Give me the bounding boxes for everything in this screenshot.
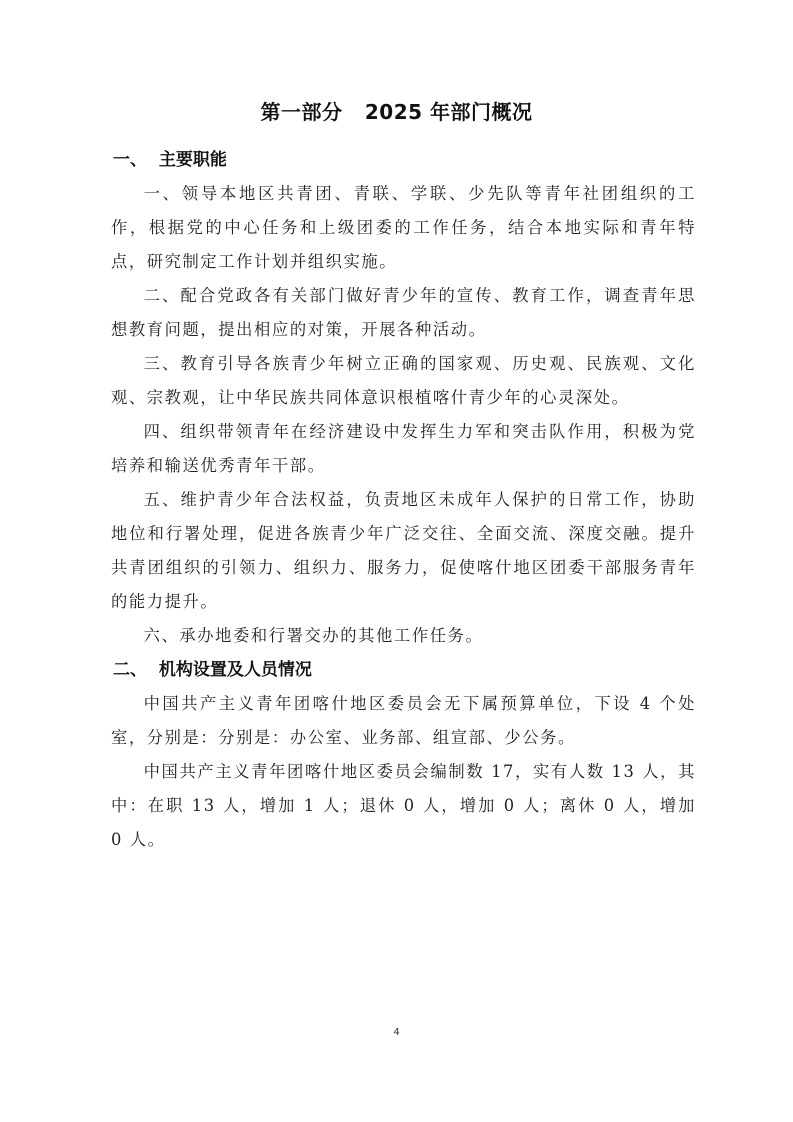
section-heading: 一、 主要职能 [111, 143, 696, 177]
document-page: 第一部分 2025 年部门概况 一、 主要职能 一、领导本地区共青团、青联、学联… [0, 0, 793, 1122]
paragraph: 六、承办地委和行署交办的其他工作任务。 [111, 619, 696, 653]
paragraph: 一、领导本地区共青团、青联、学联、少先队等青年社团组织的工作，根据党的中心任务和… [111, 177, 696, 279]
page-title: 第一部分 2025 年部门概况 [0, 96, 793, 125]
paragraph: 三、教育引导各族青少年树立正确的国家观、历史观、民族观、文化观、宗教观，让中华民… [111, 347, 696, 415]
paragraph: 中国共产主义青年团喀什地区委员会无下属预算单位，下设 4 个处室，分别是：分别是… [111, 687, 696, 755]
paragraph: 二、配合党政各有关部门做好青少年的宣传、教育工作，调查青年思想教育问题，提出相应… [111, 279, 696, 347]
section-heading: 二、 机构设置及人员情况 [111, 653, 696, 687]
paragraph: 四、组织带领青年在经济建设中发挥生力军和突击队作用，积极为党培养和输送优秀青年干… [111, 415, 696, 483]
paragraph: 中国共产主义青年团喀什地区委员会编制数 17，实有人数 13 人，其中：在职 1… [111, 755, 696, 857]
paragraph: 五、维护青少年合法权益，负责地区未成年人保护的日常工作，协助地位和行署处理，促进… [111, 483, 696, 619]
section-main-functions: 一、 主要职能 一、领导本地区共青团、青联、学联、少先队等青年社团组织的工作，根… [111, 143, 696, 653]
page-number: 4 [0, 1027, 793, 1038]
document-body: 一、 主要职能 一、领导本地区共青团、青联、学联、少先队等青年社团组织的工作，根… [111, 143, 696, 857]
section-organization-staffing: 二、 机构设置及人员情况 中国共产主义青年团喀什地区委员会无下属预算单位，下设 … [111, 653, 696, 857]
